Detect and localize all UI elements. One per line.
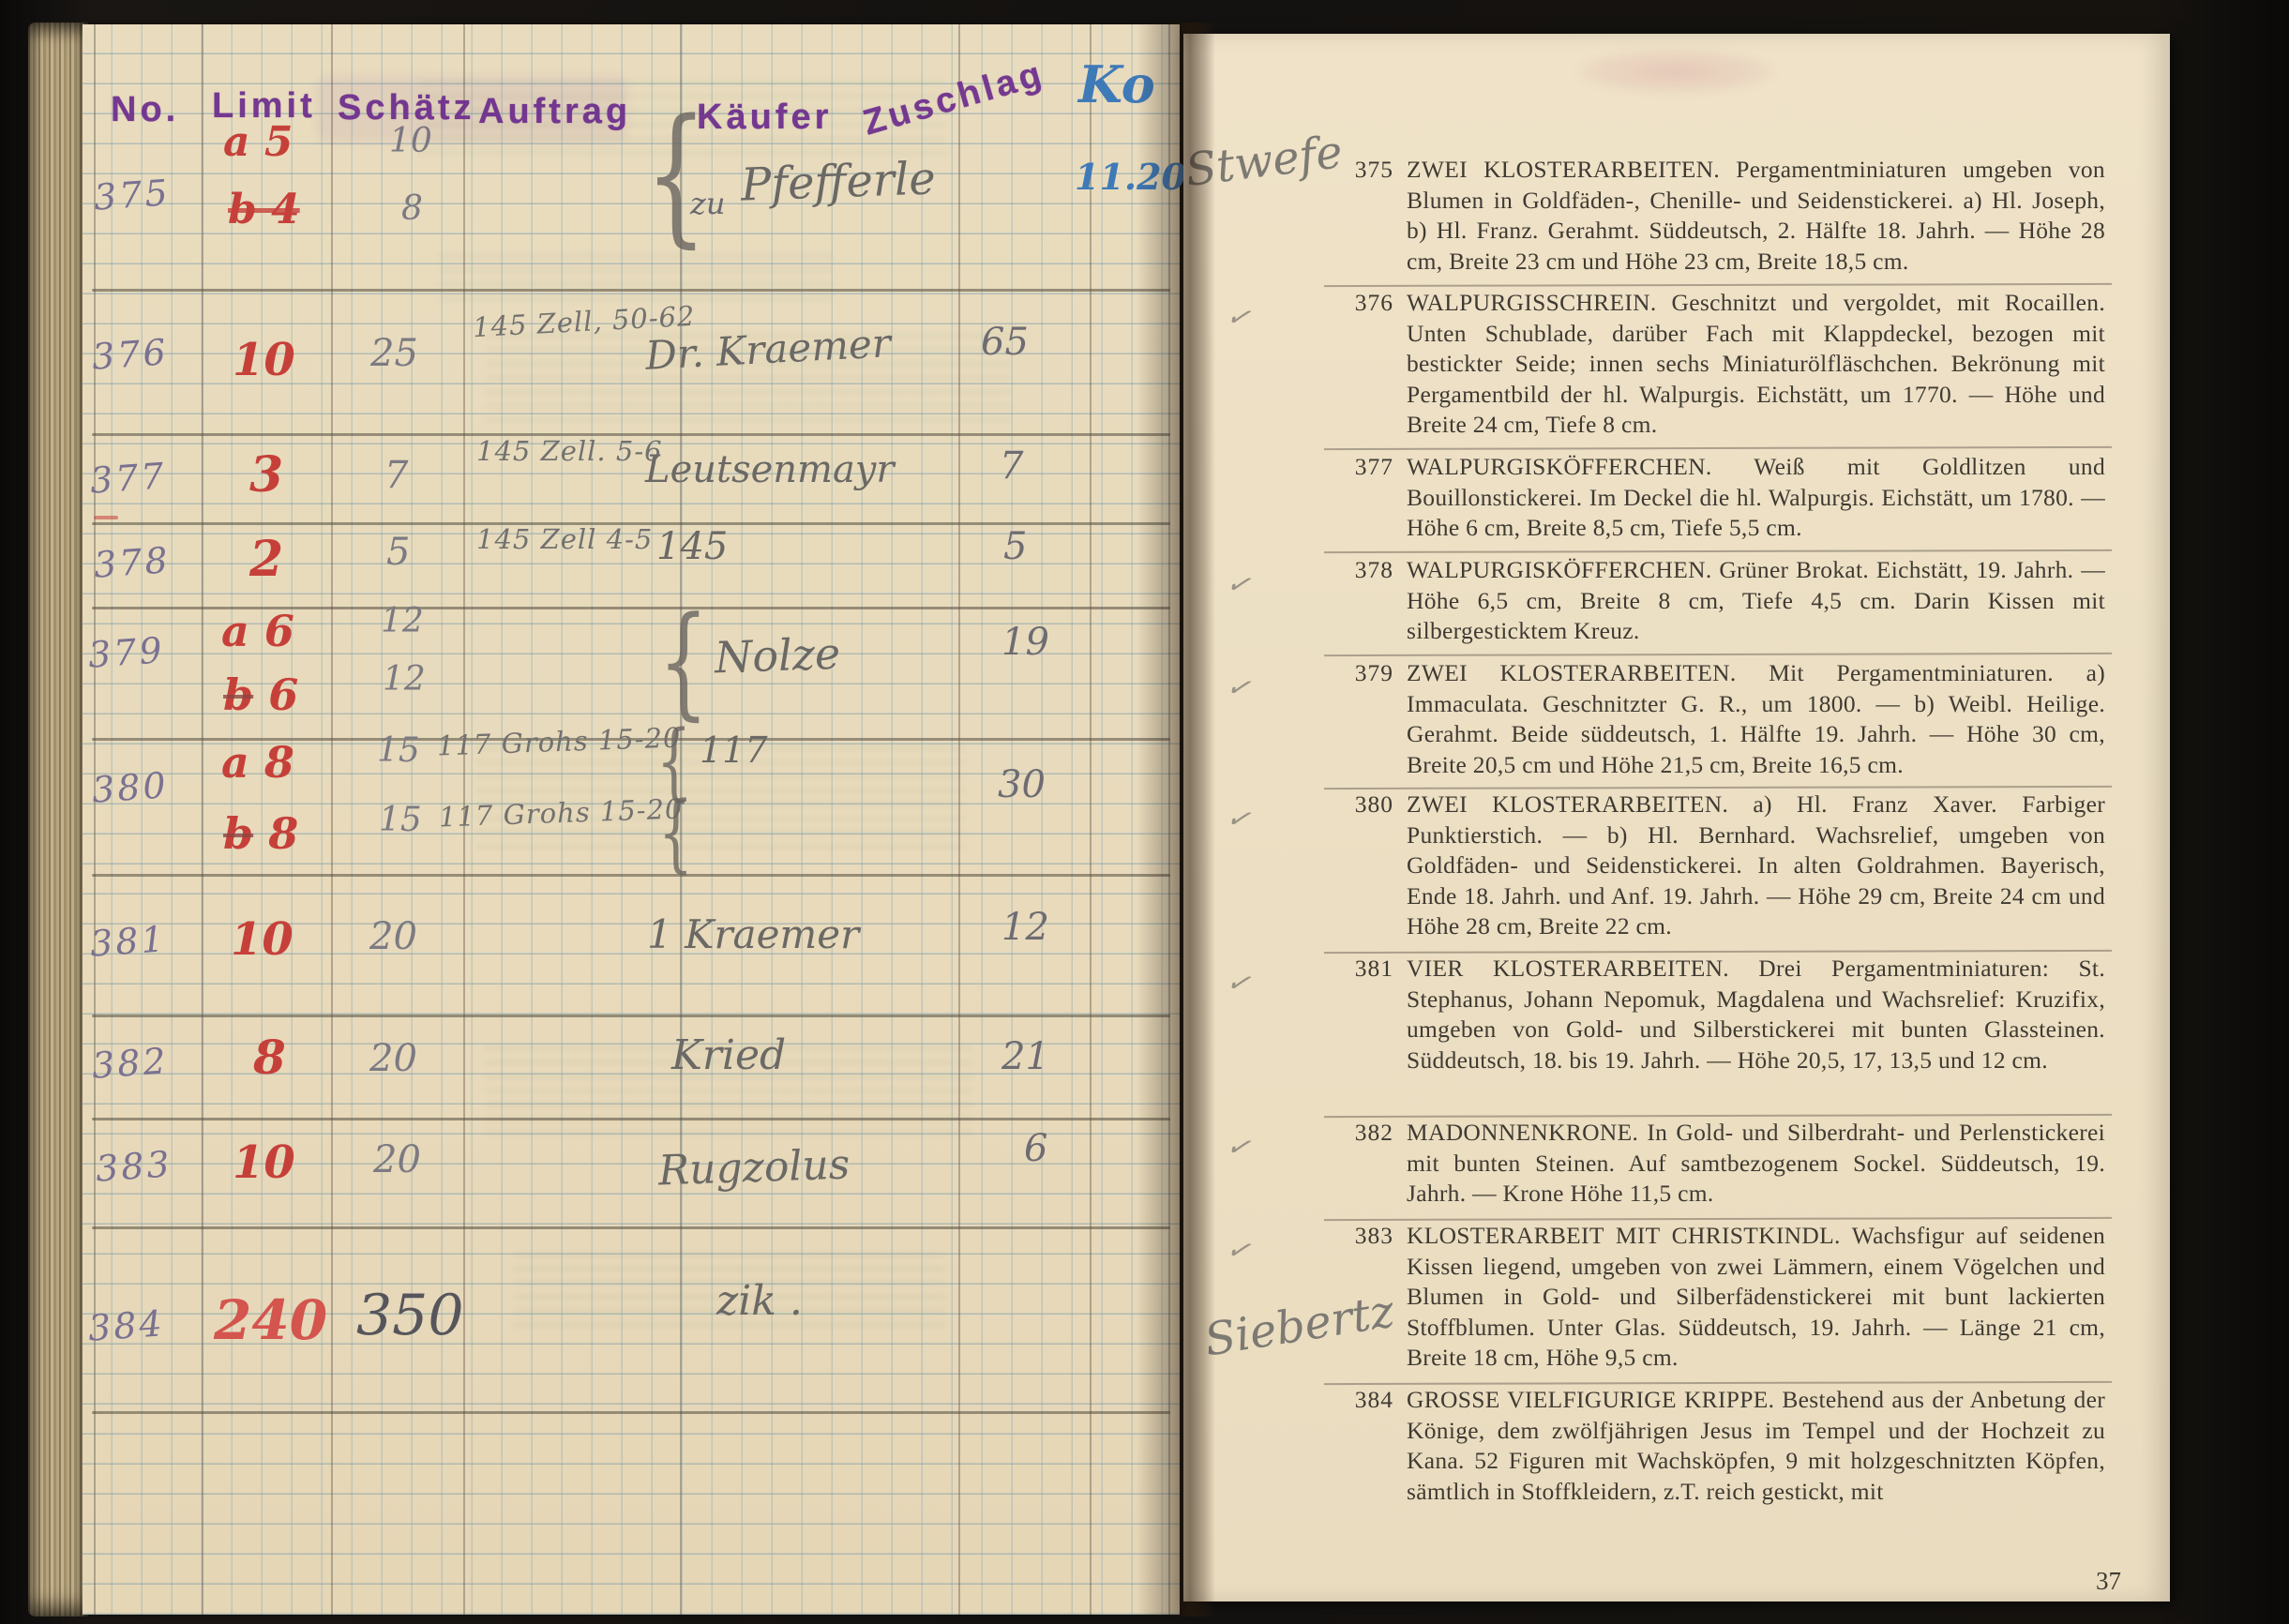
brace-mark: { xyxy=(658,791,693,876)
stamp-bleed-through xyxy=(317,76,626,142)
lot-number: 384 xyxy=(1332,1385,1393,1416)
pencil-tick-icon: ✓ xyxy=(1224,566,1254,603)
header-zuschlag: Zuschlag xyxy=(859,53,1049,143)
catalog-entry: 384 GROSSE VIELFIGURIGE KRIPPE. Bestehen… xyxy=(1332,1385,2110,1507)
entry-separator-line xyxy=(1324,446,2112,450)
column-line xyxy=(1090,24,1092,1615)
red-pencil-dash xyxy=(94,516,118,519)
limit: 8 xyxy=(253,1030,286,1085)
book-page-stack-edge xyxy=(28,23,88,1616)
buyer: Kried xyxy=(671,1031,786,1079)
limit-b-letter: b xyxy=(223,669,253,720)
column-line xyxy=(202,24,203,1615)
estimate: 20 xyxy=(373,1138,421,1181)
header-kaufer: Käufer xyxy=(697,98,832,138)
bid-order: 145 Zell 4-5 xyxy=(476,523,653,555)
limit-b-value: 8 xyxy=(268,808,298,859)
margin-note-buyer: Stwefe xyxy=(1182,126,1345,197)
pencil-tick-icon: ✓ xyxy=(1224,965,1254,1001)
lot-description: GROSSE VIELFIGURIGE KRIPPE. Bestehend au… xyxy=(1407,1385,2105,1507)
catalog-entry: ✓ 382 MADONNENKRONE. In Gold- und Silber… xyxy=(1332,1118,2110,1210)
row-separator-line xyxy=(92,1226,1170,1229)
limit: 2 xyxy=(249,531,283,588)
lot-no: 380 xyxy=(91,764,170,811)
row-separator-line xyxy=(92,1411,1170,1414)
estimate: 7 xyxy=(384,454,408,497)
estimate: 20 xyxy=(369,915,417,958)
lot-no: 383 xyxy=(95,1143,173,1190)
lot-no: 382 xyxy=(91,1040,170,1087)
limit-b: b 8 xyxy=(223,808,298,859)
catalog-entry: ✓ 383 KLOSTERARBEIT MIT CHRISTKINDL. Wac… xyxy=(1332,1221,2110,1374)
lot-no: 381 xyxy=(89,918,168,965)
lot-no: 378 xyxy=(93,539,172,586)
row-separator-line xyxy=(92,874,1170,877)
row-separator-line xyxy=(92,1015,1170,1017)
limit-a: a 5 xyxy=(223,118,293,166)
lot-description: ZWEI KLOSTERARBEITEN. a) Hl. Franz Xaver… xyxy=(1407,789,2105,942)
catalog-entry: ✓ 378 WALPURGISKÖFFERCHEN. Grüner Brokat… xyxy=(1332,555,2110,647)
entry-separator-line xyxy=(1324,283,2112,287)
catalog-entry: ✓ 380 ZWEI KLOSTERARBEITEN. a) Hl. Franz… xyxy=(1332,789,2110,942)
row-separator-line xyxy=(92,289,1170,292)
brace-mark: { xyxy=(658,600,709,722)
column-line xyxy=(94,24,96,1615)
column-line xyxy=(331,24,333,1615)
header-no: No. xyxy=(111,90,179,130)
lot-no: 384 xyxy=(87,1302,166,1349)
hammer-price: 65 xyxy=(981,321,1029,364)
lot-no: 379 xyxy=(87,629,166,676)
catalog-page: Stwefe Siebertz 375 ZWEI KLOSTERARBEITEN… xyxy=(1183,34,2170,1601)
entry-separator-line xyxy=(1324,653,2112,656)
lot-no: 377 xyxy=(89,455,168,502)
limit-b-letter: b xyxy=(223,808,253,859)
buyer-prefix: zu xyxy=(690,186,725,221)
lot-description: ZWEI KLOSTERARBEITEN. Mit Pergamentminia… xyxy=(1407,658,2105,780)
limit-a: a 8 xyxy=(221,737,294,788)
entry-separator-line xyxy=(1324,549,2112,553)
limit: 3 xyxy=(249,446,283,504)
lot-no: 375 xyxy=(93,172,172,218)
row-separator-line xyxy=(92,1118,1170,1120)
lot-number: 382 xyxy=(1332,1118,1393,1149)
limit-b-struck: b 4 xyxy=(228,186,300,233)
hammer-price: 5 xyxy=(1003,525,1027,568)
ledger-page: No. Limit Schätz Auftrag Käufer Zuschlag… xyxy=(83,24,1180,1615)
lot-description: WALPURGISSCHREIN. Geschnitzt und vergold… xyxy=(1407,288,2105,441)
buyer: 1 Kraemer xyxy=(647,911,859,957)
lot-description: MADONNENKRONE. In Gold- und Silberdraht-… xyxy=(1407,1118,2105,1210)
estimate-a: 15 xyxy=(377,731,420,770)
pencil-tick-icon: ✓ xyxy=(1224,669,1254,706)
catalog-entry: ✓ 379 ZWEI KLOSTERARBEITEN. Mit Pergamen… xyxy=(1332,658,2110,780)
hammer-price: 30 xyxy=(998,763,1046,806)
limit-b-value: 6 xyxy=(268,669,298,720)
header-ko-note: Ko xyxy=(1078,54,1155,114)
lot-description: WALPURGISKÖFFERCHEN. Grüner Brokat. Eich… xyxy=(1407,555,2105,647)
brace-mark: { xyxy=(645,99,707,249)
pencil-tick-icon: ✓ xyxy=(1224,1129,1254,1165)
lot-number: 381 xyxy=(1332,954,1393,985)
buyer: Leutsenmayr xyxy=(645,448,895,491)
lot-description: VIER KLOSTERARBEITEN. Drei Pergamentmini… xyxy=(1407,954,2105,1075)
lot-description: ZWEI KLOSTERARBEITEN. Pergamentminiature… xyxy=(1407,155,2105,277)
lot-description: WALPURGISKÖFFERCHEN. Weiß mit Goldlitzen… xyxy=(1407,452,2105,544)
page-number: 37 xyxy=(2065,1567,2121,1596)
estimate-b: 12 xyxy=(383,660,426,699)
hammer-price: 6 xyxy=(1024,1127,1047,1170)
buyer: Pfefferle xyxy=(740,152,936,211)
buyer: Nolze xyxy=(714,628,841,684)
hammer-price: 19 xyxy=(1001,621,1049,664)
limit-a: a 6 xyxy=(221,606,294,656)
buyer: 117 xyxy=(700,729,768,771)
estimate: 5 xyxy=(386,531,410,574)
catalog-entry: ✓ 376 WALPURGISSCHREIN. Geschnitzt und v… xyxy=(1332,288,2110,441)
lot-number: 383 xyxy=(1332,1221,1393,1252)
bid-order: 145 Zell. 5-6 xyxy=(476,435,663,467)
estimate: 25 xyxy=(370,332,418,375)
lot-number: 379 xyxy=(1332,658,1393,689)
pencil-tick-icon: ✓ xyxy=(1224,801,1254,837)
catalog-entry: 377 WALPURGISKÖFFERCHEN. Weiß mit Goldli… xyxy=(1332,452,2110,544)
buyer: Rugzolus xyxy=(657,1140,851,1195)
estimate: 20 xyxy=(369,1037,417,1080)
estimate-b: 15 xyxy=(379,801,422,839)
limit: 240 xyxy=(214,1288,327,1352)
ink-bleed-through xyxy=(439,254,833,310)
lot-number: 380 xyxy=(1332,789,1393,820)
column-line xyxy=(1168,24,1170,1615)
pencil-tick-icon: ✓ xyxy=(1224,1232,1254,1269)
buyer: 145 xyxy=(656,525,728,568)
lot-number: 378 xyxy=(1332,555,1393,586)
estimate-a: 12 xyxy=(381,602,424,640)
hammer-price: 21 xyxy=(1001,1035,1049,1078)
lot-number: 375 xyxy=(1332,155,1393,186)
limit: 10 xyxy=(233,1136,295,1189)
estimate-b: 8 xyxy=(401,189,423,228)
estimate: 350 xyxy=(356,1283,464,1348)
pencil-tick-icon: ✓ xyxy=(1224,299,1254,336)
faint-ink-stamp xyxy=(1577,49,1774,94)
hammer-price: 11.20 xyxy=(1075,156,1186,198)
hammer-price: 12 xyxy=(1001,906,1049,949)
catalog-entry: ✓ 381 VIER KLOSTERARBEITEN. Drei Pergame… xyxy=(1332,954,2110,1075)
limit: 10 xyxy=(231,913,294,966)
lot-number: 376 xyxy=(1332,288,1393,319)
auction-catalog-book-spread: No. Limit Schätz Auftrag Käufer Zuschlag… xyxy=(0,0,2289,1624)
lot-number: 377 xyxy=(1332,452,1393,483)
hammer-price: 7 xyxy=(1000,444,1023,488)
column-line xyxy=(958,24,960,1615)
limit-b: b 6 xyxy=(223,669,298,720)
buyer: zik . xyxy=(716,1277,803,1325)
limit: 10 xyxy=(233,334,295,386)
lot-no: 376 xyxy=(91,331,170,378)
lot-description: KLOSTERARBEIT MIT CHRISTKINDL. Wachsfigu… xyxy=(1407,1221,2105,1374)
catalog-entry: 375 ZWEI KLOSTERARBEITEN. Pergamentminia… xyxy=(1332,155,2110,277)
